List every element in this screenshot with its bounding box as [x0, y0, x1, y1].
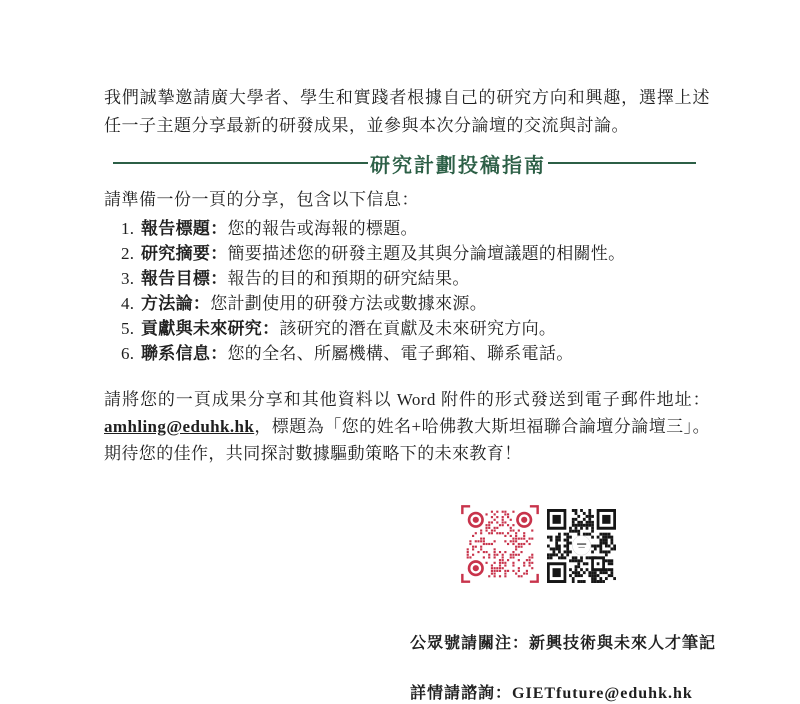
footer-wechat-line: 公眾號請關注：新興技術與未來人才筆記 — [410, 630, 710, 653]
footer-contact-label: 詳情請諮詢： — [410, 685, 512, 702]
email-link[interactable]: amhling@eduhk.hk — [104, 417, 254, 436]
contact-qr-code — [547, 509, 616, 583]
document-page: 我們誠摯邀請廣大學者、學生和實踐者根據自己的研究方向和興趣，選擇上述任一子主題分… — [0, 0, 800, 704]
heading-rule-left — [113, 162, 368, 164]
section-heading-row: 研究計劃投稿指南 — [104, 150, 710, 176]
footer-wechat-label: 公眾號請關注： — [410, 635, 529, 652]
item-number: 6. — [121, 341, 141, 366]
list-item: 6.聯系信息：您的全名、所屬機構、電子郵箱、聯系電話。 — [104, 341, 710, 366]
item-label: 方法論： — [141, 294, 210, 313]
list-item: 1.報告標題：您的報告或海報的標題。 — [104, 216, 710, 241]
footer-contact-line: 詳情請諮詢：GIETfuture@eduhk.hk — [410, 680, 710, 703]
item-text: 您計劃使用的研發方法或數據來源。 — [210, 294, 487, 313]
item-label: 聯系信息： — [141, 344, 228, 363]
qr-code-row — [461, 505, 710, 583]
item-label: 報告標題： — [141, 219, 228, 238]
item-label: 報告目標： — [141, 269, 228, 288]
item-number: 5. — [121, 316, 141, 341]
item-text: 您的報告或海報的標題。 — [228, 219, 418, 238]
item-label: 研究摘要： — [141, 244, 228, 263]
intro-paragraph: 我們誠摯邀請廣大學者、學生和實踐者根據自己的研究方向和興趣，選擇上述任一子主題分… — [104, 84, 710, 140]
list-item: 2.研究摘要：簡要描述您的研發主題及其與分論壇議題的相關性。 — [104, 241, 710, 266]
item-text: 您的全名、所屬機構、電子郵箱、聯系電話。 — [228, 344, 574, 363]
guide-list: 1.報告標題：您的報告或海報的標題。 2.研究摘要：簡要描述您的研發主題及其與分… — [104, 216, 710, 366]
list-item: 5.貢獻與未來研究：該研究的潛在貢獻及未來研究方向。 — [104, 316, 710, 341]
item-text: 該研究的潛在貢獻及未來研究方向。 — [279, 319, 556, 338]
item-number: 4. — [121, 291, 141, 316]
item-label: 貢獻與未來研究： — [141, 319, 279, 338]
list-item: 3.報告目標：報告的目的和預期的研究結果。 — [104, 266, 710, 291]
wechat-qr-code — [461, 505, 539, 583]
section-heading: 研究計劃投稿指南 — [368, 149, 548, 178]
list-item: 4.方法論：您計劃使用的研發方法或數據來源。 — [104, 291, 710, 316]
heading-rule-right — [548, 162, 696, 164]
footer-wechat-value: 新興技術與未來人才筆記 — [529, 635, 716, 652]
submission-paragraph: 請將您的一頁成果分享和其他資料以 Word 附件的形式發送到電子郵件地址：amh… — [104, 386, 710, 467]
item-text: 報告的目的和預期的研究結果。 — [228, 269, 470, 288]
item-number: 1. — [121, 216, 141, 241]
item-number: 3. — [121, 266, 141, 291]
document-content: 我們誠摯邀請廣大學者、學生和實踐者根據自己的研究方向和興趣，選擇上述任一子主題分… — [104, 84, 710, 703]
guide-lead: 請準備一份一頁的分享，包含以下信息： — [104, 188, 710, 212]
item-number: 2. — [121, 241, 141, 266]
footer-contact-email: GIETfuture@eduhk.hk — [512, 685, 693, 702]
item-text: 簡要描述您的研發主題及其與分論壇議題的相關性。 — [228, 244, 626, 263]
submission-text-before: 請將您的一頁成果分享和其他資料以 Word 附件的形式發送到電子郵件地址： — [104, 390, 710, 409]
